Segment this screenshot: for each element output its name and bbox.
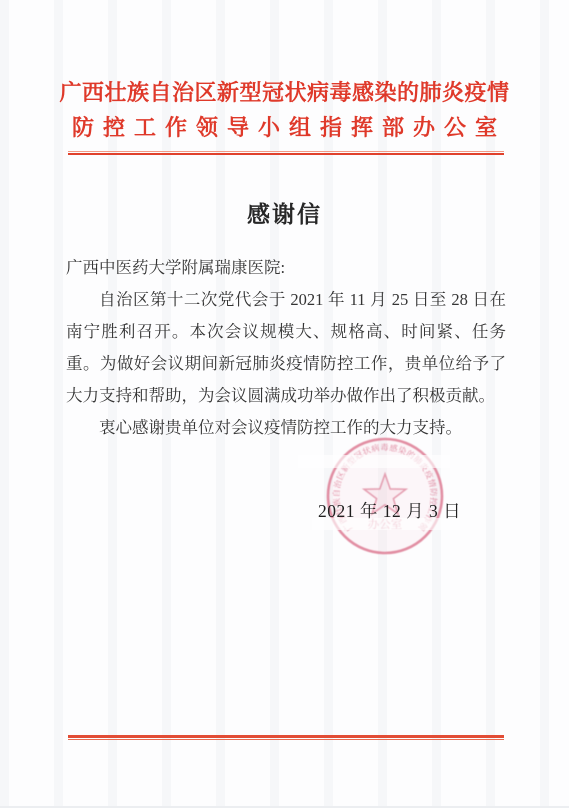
footer-rule-thin: [68, 739, 504, 740]
official-seal-stamp: 广西壮族自治区新型冠状病毒感染的肺炎疫情防控工作领导小组指挥部 办公室: [325, 436, 445, 556]
document-title: 感谢信: [0, 196, 569, 229]
footer-rule-thick: [68, 735, 504, 738]
salutation: 广西中医药大学附属瑞康医院:: [66, 252, 506, 284]
scanned-letter-page: 广西壮族自治区新型冠状病毒感染的肺炎疫情 防控工作领导小组指挥部办公室 感谢信 …: [0, 0, 569, 808]
letter-body: 广西中医药大学附属瑞康医院: 自治区第十二次党代会于 2021 年 11 月 2…: [66, 252, 506, 444]
scan-artifact-streak: [298, 455, 450, 468]
letterhead: 广西壮族自治区新型冠状病毒感染的肺炎疫情 防控工作领导小组指挥部办公室: [36, 80, 533, 141]
header-rule: [68, 151, 504, 155]
header-rule-thick: [68, 153, 504, 156]
paragraph-1: 自治区第十二次党代会于 2021 年 11 月 25 日至 28 日在南宁胜利召…: [66, 284, 506, 412]
letterhead-line2: 防控工作领导小组指挥部办公室: [36, 115, 533, 141]
seal-graphic: 广西壮族自治区新型冠状病毒感染的肺炎疫情防控工作领导小组指挥部 办公室: [325, 436, 445, 556]
letterhead-line1: 广西壮族自治区新型冠状病毒感染的肺炎疫情: [36, 80, 533, 106]
signature-date: 2021 年 12 月 3 日: [318, 498, 461, 523]
footer-rule: [68, 735, 504, 740]
